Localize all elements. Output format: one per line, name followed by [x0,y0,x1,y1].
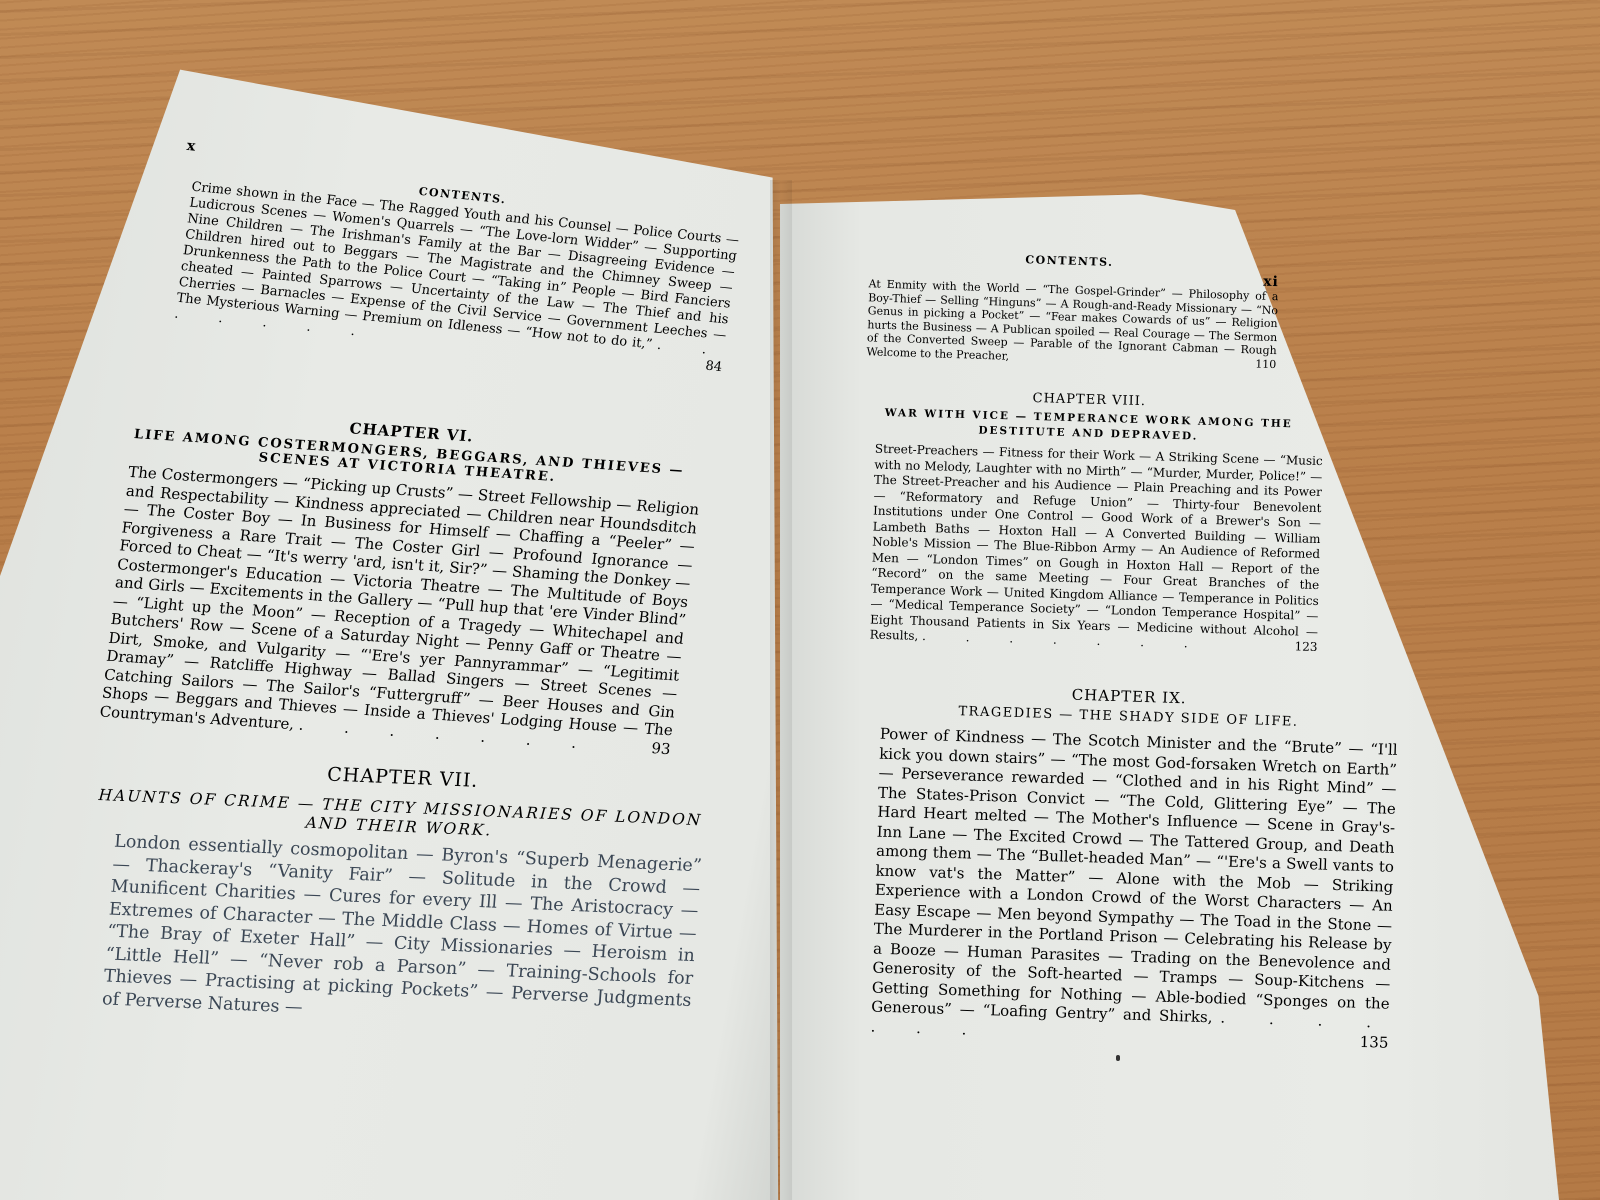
chapter-vii-section: CHAPTER VII. HAUNTS OF CRIME — THE CITY … [79,740,709,1035]
page-number: 93 [650,739,671,759]
entry-text: The Costermongers — “Picking up Crusts” … [99,463,700,740]
chapter-viii-section: CHAPTER VIII. WAR WITH VICE — TEMPERANCE… [847,372,1324,656]
entry-text: London essentially cosmopolitan — Byron'… [101,832,702,1017]
entry-text: Power of Kindness — The Scotch Minister … [871,725,1398,1027]
toc-entry-chapter-viii: Street-Preachers — Fitness for their Wor… [847,441,1322,656]
page-number: 84 [704,359,723,376]
ink-speck [1116,1055,1120,1061]
entry-text: At Enmity with the World — “The Gospel-G… [866,277,1278,362]
book-gutter [770,180,792,1200]
chapter-vi-section: CHAPTER VI. LIFE AMONG COSTERMONGERS, BE… [81,390,709,758]
running-head-right: CONTENTS. [1025,253,1113,269]
entry-text: Street-Preachers — Fitness for their Wor… [869,442,1322,643]
page-number: 123 [1294,639,1317,655]
right-page-top-section: CONTENTS. xi At Enmity with the World — … [856,240,1279,371]
page-number: 110 [1255,357,1276,371]
toc-entry-chapter-vii: London essentially cosmopolitan — Byron'… [79,830,702,1035]
toc-entry-chapter-ix: Power of Kindness — The Scotch Minister … [848,724,1398,1053]
toc-entry-chapter-vii-continued: At Enmity with the World — “The Gospel-G… [856,277,1278,371]
toc-entry-chapter-vi: The Costermongers — “Picking up Crusts” … [81,462,700,759]
chapter-ix-section: CHAPTER IX. TRAGEDIES — THE SHADY SIDE O… [848,665,1399,1053]
page-number: 135 [1359,1032,1388,1052]
